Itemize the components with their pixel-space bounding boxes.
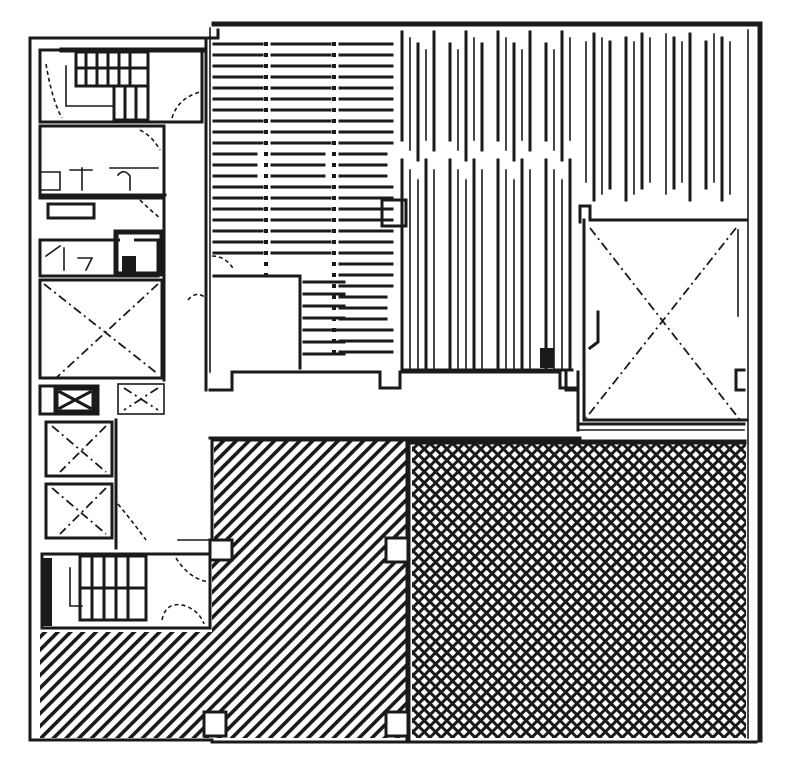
restrooms <box>40 126 165 218</box>
elevators <box>46 420 146 548</box>
floor-plan <box>0 0 787 773</box>
utility-closets <box>40 384 164 414</box>
atrium-east <box>566 206 746 430</box>
conference-room <box>212 256 300 368</box>
service-room <box>40 232 162 276</box>
workstations-east <box>382 32 730 370</box>
stair-north <box>40 50 205 122</box>
tenant-area-b <box>412 440 746 738</box>
shaft-west <box>40 280 162 378</box>
